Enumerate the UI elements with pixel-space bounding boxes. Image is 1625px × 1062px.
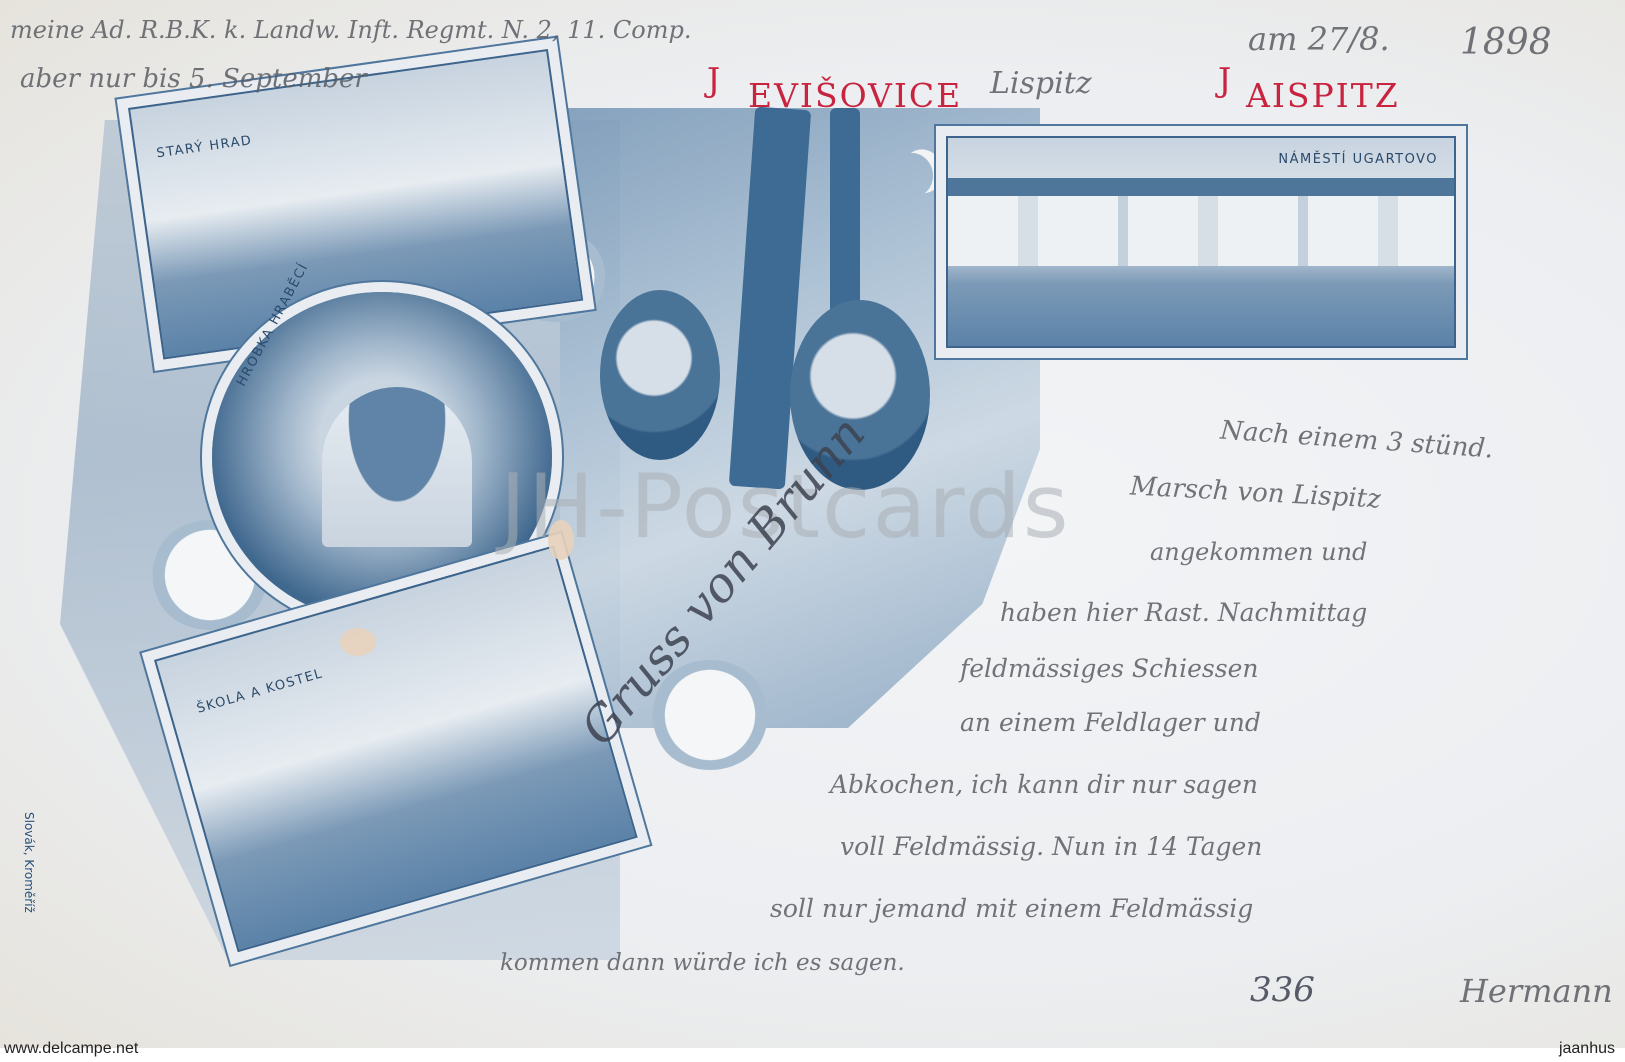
letter-line: Abkochen, ich kann dir nur sagen — [830, 770, 1258, 799]
letter-line: feldmässiges Schiessen — [960, 654, 1258, 683]
view-label: NÁMĚSTÍ UGARTOVO — [1278, 152, 1438, 167]
postcard: STARÝ HRAD HROBKA HRABĚCÍ NÁMĚSTÍ UGARTO… — [0, 0, 1625, 1048]
handwritten-top-line-2: aber nur bis 5. September — [20, 64, 367, 94]
flute-player-figure — [600, 290, 720, 460]
publisher-imprint: Slovák, Kroměříž — [22, 812, 36, 913]
handwritten-number: 336 — [1250, 970, 1315, 1010]
letter-line: voll Feldmässig. Nun in 14 Tagen — [840, 832, 1262, 861]
handwritten-date: am 27/8. — [1248, 20, 1390, 58]
handwritten-year: 1898 — [1460, 22, 1552, 63]
source-right: jaanhus — [1559, 1040, 1615, 1058]
source-left: www.delcampe.net — [4, 1040, 138, 1058]
title-czech: EVIŠOVICE — [748, 76, 962, 115]
handwritten-annotation: Lispitz — [990, 66, 1092, 101]
letter-line: Marsch von Lispitz — [1129, 471, 1381, 514]
letter-line: haben hier Rast. Nachmittag — [1000, 598, 1367, 627]
view-namesti-ugartovo: NÁMĚSTÍ UGARTOVO — [946, 136, 1456, 348]
signature: Hermann — [1460, 972, 1613, 1010]
view-label: ŠKOLA A KOSTEL — [195, 666, 325, 716]
letter-line: Nach einem 3 stünd. — [1219, 415, 1494, 464]
letter-line: angekommen und — [1150, 538, 1367, 566]
title-initial-de: J — [1218, 60, 1233, 99]
letter-line: kommen dann würde ich es sagen. — [500, 950, 905, 976]
chapel-dome — [322, 387, 472, 547]
title-german: AISPITZ — [1246, 76, 1400, 115]
paper-stain — [340, 628, 376, 656]
letter-line: an einem Feldlager und — [960, 708, 1261, 737]
paper-stain — [548, 520, 574, 560]
town-square-buildings — [948, 178, 1454, 266]
handwritten-top-line-1: meine Ad. R.B.K. k. Landw. Inft. Regmt. … — [10, 16, 691, 44]
view-label: STARÝ HRAD — [156, 133, 254, 161]
letter-line: soll nur jemand mit einem Feldmässig — [770, 894, 1253, 923]
title-initial-cz: J — [707, 60, 722, 99]
